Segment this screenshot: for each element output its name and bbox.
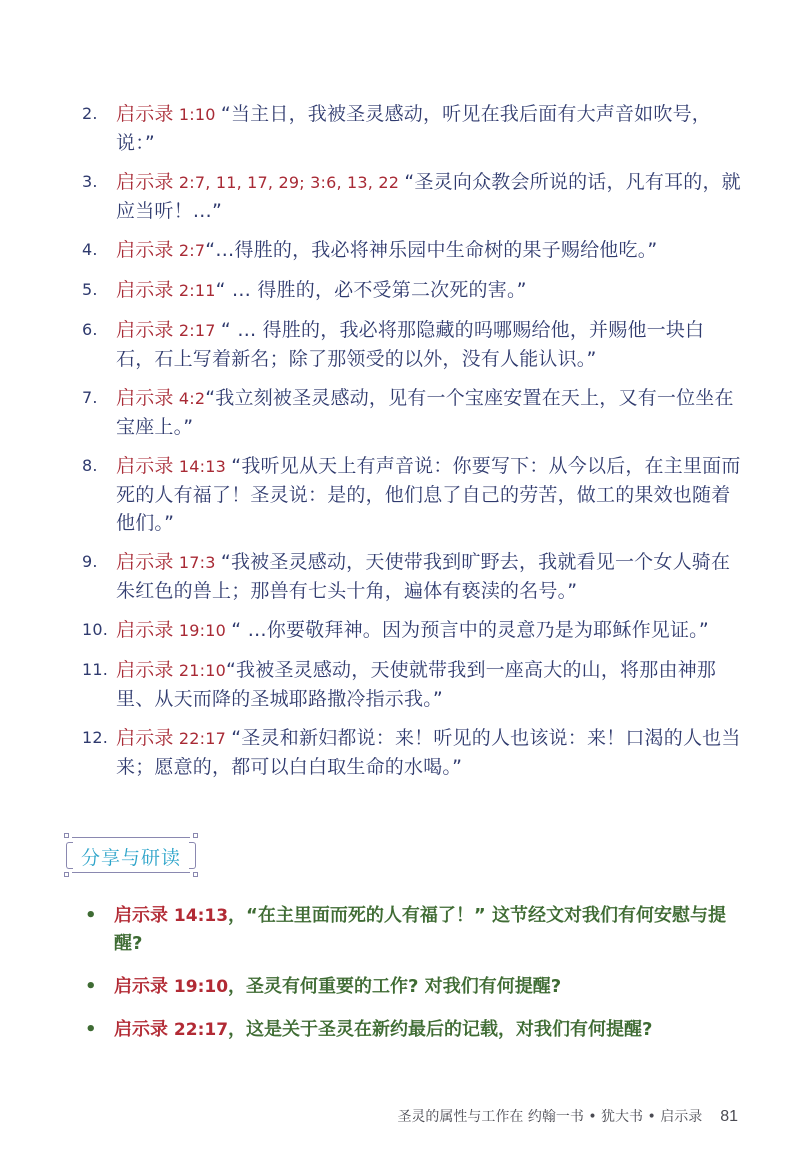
bullet-icon: • bbox=[85, 973, 97, 1001]
bullet-icon: • bbox=[85, 902, 97, 930]
verse-item: 8. 启示录 14:13 “我听见从天上有声音说：你要写下：从今以后，在主里面而… bbox=[82, 452, 742, 537]
verse-reference: 2:17 bbox=[174, 321, 221, 340]
frame-corner-ornament bbox=[193, 872, 198, 877]
frame-corner-ornament bbox=[64, 833, 69, 838]
verse-item: 6. 启示录 2:17 “ … 得胜的，我必将那隐藏的吗哪赐给他，并赐他一块白石… bbox=[82, 316, 742, 373]
frame-corner-ornament bbox=[193, 833, 198, 838]
section-heading-frame: 分享与研读 bbox=[72, 837, 190, 873]
page-footer: 圣灵的属性与工作在 约翰一书 • 犹大书 • 启示录 81 bbox=[397, 1106, 738, 1126]
bullet-icon: • bbox=[85, 1016, 97, 1044]
frame-corner-ornament bbox=[64, 872, 69, 877]
verse-number: 4. bbox=[82, 236, 98, 264]
verse-item: 10. 启示录 19:10 “ …你要敬拜神。因为预言中的灵意乃是为耶稣作见证。… bbox=[82, 616, 742, 645]
verse-item: 7. 启示录 4:2“我立刻被圣灵感动，见有一个宝座安置在天上，又有一位坐在宝座… bbox=[82, 384, 742, 441]
verse-number: 5. bbox=[82, 276, 98, 304]
question-item: • 启示录 22:17，这是关于圣灵在新约最后的记载，对我们有何提醒? bbox=[82, 1016, 742, 1044]
verse-item: 2. 启示录 1:10 “当主日，我被圣灵感动，听见在我后面有大声音如吹号，说：… bbox=[82, 100, 742, 157]
verse-number: 12. bbox=[82, 724, 108, 752]
verse-item: 5. 启示录 2:11“ … 得胜的，必不受第二次死的害。” bbox=[82, 276, 742, 305]
verse-number: 3. bbox=[82, 168, 98, 196]
verse-list: 2. 启示录 1:10 “当主日，我被圣灵感动，听见在我后面有大声音如吹号，说：… bbox=[82, 100, 742, 792]
verse-text: “ …你要敬拜神。因为预言中的灵意乃是为耶稣作见证。” bbox=[231, 619, 709, 641]
verse-book: 启示录 bbox=[116, 659, 174, 681]
question-reference: 22:17 bbox=[168, 1020, 228, 1040]
verse-book: 启示录 bbox=[116, 171, 174, 193]
document-page: 2. 启示录 1:10 “当主日，我被圣灵感动，听见在我后面有大声音如吹号，说：… bbox=[0, 0, 790, 1170]
question-book: 启示录 bbox=[114, 905, 168, 926]
verse-item: 11. 启示录 21:10“我被圣灵感动，天使就带我到一座高大的山，将那由神那里… bbox=[82, 656, 742, 713]
verse-reference: 14:13 bbox=[174, 457, 232, 476]
verse-number: 8. bbox=[82, 452, 98, 480]
verse-reference: 2:7, 11, 17, 29; 3:6, 13, 22 bbox=[174, 173, 405, 192]
verse-book: 启示录 bbox=[116, 319, 174, 341]
verse-text: “ … 得胜的，必不受第二次死的害。” bbox=[216, 279, 527, 301]
verse-reference: 1:10 bbox=[174, 105, 221, 124]
verse-item: 9. 启示录 17:3 “我被圣灵感动，天使带我到旷野去，我就看见一个女人骑在朱… bbox=[82, 548, 742, 605]
verse-book: 启示录 bbox=[116, 727, 174, 749]
verse-item: 3. 启示录 2:7, 11, 17, 29; 3:6, 13, 22 “圣灵向… bbox=[82, 168, 742, 225]
verse-item: 4. 启示录 2:7“…得胜的，我必将神乐园中生命树的果子赐给他吃。” bbox=[82, 236, 742, 265]
verse-item: 12. 启示录 22:17 “圣灵和新妇都说：来！听见的人也该说：来！口渴的人也… bbox=[82, 724, 742, 781]
running-title: 圣灵的属性与工作在 约翰一书 • 犹大书 • 启示录 bbox=[397, 1106, 702, 1126]
verse-text: “我立刻被圣灵感动，见有一个宝座安置在天上，又有一位坐在宝座上。” bbox=[116, 387, 734, 438]
verse-book: 启示录 bbox=[116, 239, 174, 261]
verse-book: 启示录 bbox=[116, 103, 174, 125]
verse-reference: 2:11 bbox=[174, 281, 216, 300]
verse-number: 9. bbox=[82, 548, 98, 576]
verse-reference: 22:17 bbox=[174, 729, 232, 748]
verse-book: 启示录 bbox=[116, 279, 174, 301]
section-heading: 分享与研读 bbox=[72, 843, 190, 870]
verse-book: 启示录 bbox=[116, 455, 174, 477]
verse-reference: 21:10 bbox=[174, 661, 226, 680]
question-book: 启示录 bbox=[114, 976, 168, 997]
question-reference: 19:10 bbox=[168, 977, 228, 997]
verse-text: “…得胜的，我必将神乐园中生命树的果子赐给他吃。” bbox=[205, 239, 657, 261]
verse-reference: 4:2 bbox=[174, 389, 206, 408]
question-reference: 14:13 bbox=[168, 906, 228, 926]
verse-reference: 17:3 bbox=[174, 553, 221, 572]
verse-number: 10. bbox=[82, 616, 108, 644]
verse-number: 7. bbox=[82, 384, 98, 412]
question-book: 启示录 bbox=[114, 1019, 168, 1040]
verse-number: 2. bbox=[82, 100, 98, 128]
question-text: ，这是关于圣灵在新约最后的记载，对我们有何提醒? bbox=[228, 1019, 652, 1040]
verse-number: 11. bbox=[82, 656, 108, 684]
verse-book: 启示录 bbox=[116, 551, 174, 573]
verse-book: 启示录 bbox=[116, 619, 174, 641]
question-text: ，圣灵有何重要的工作? 对我们有何提醒? bbox=[228, 976, 561, 997]
question-item: • 启示录 14:13，“在主里面而死的人有福了！” 这节经文对我们有何安慰与提… bbox=[82, 902, 742, 958]
verse-reference: 2:7 bbox=[174, 241, 206, 260]
page-number: 81 bbox=[720, 1108, 738, 1126]
discussion-questions: • 启示录 14:13，“在主里面而死的人有福了！” 这节经文对我们有何安慰与提… bbox=[82, 902, 742, 1059]
verse-number: 6. bbox=[82, 316, 98, 344]
verse-book: 启示录 bbox=[116, 387, 174, 409]
question-item: • 启示录 19:10，圣灵有何重要的工作? 对我们有何提醒? bbox=[82, 973, 742, 1001]
verse-reference: 19:10 bbox=[174, 621, 232, 640]
